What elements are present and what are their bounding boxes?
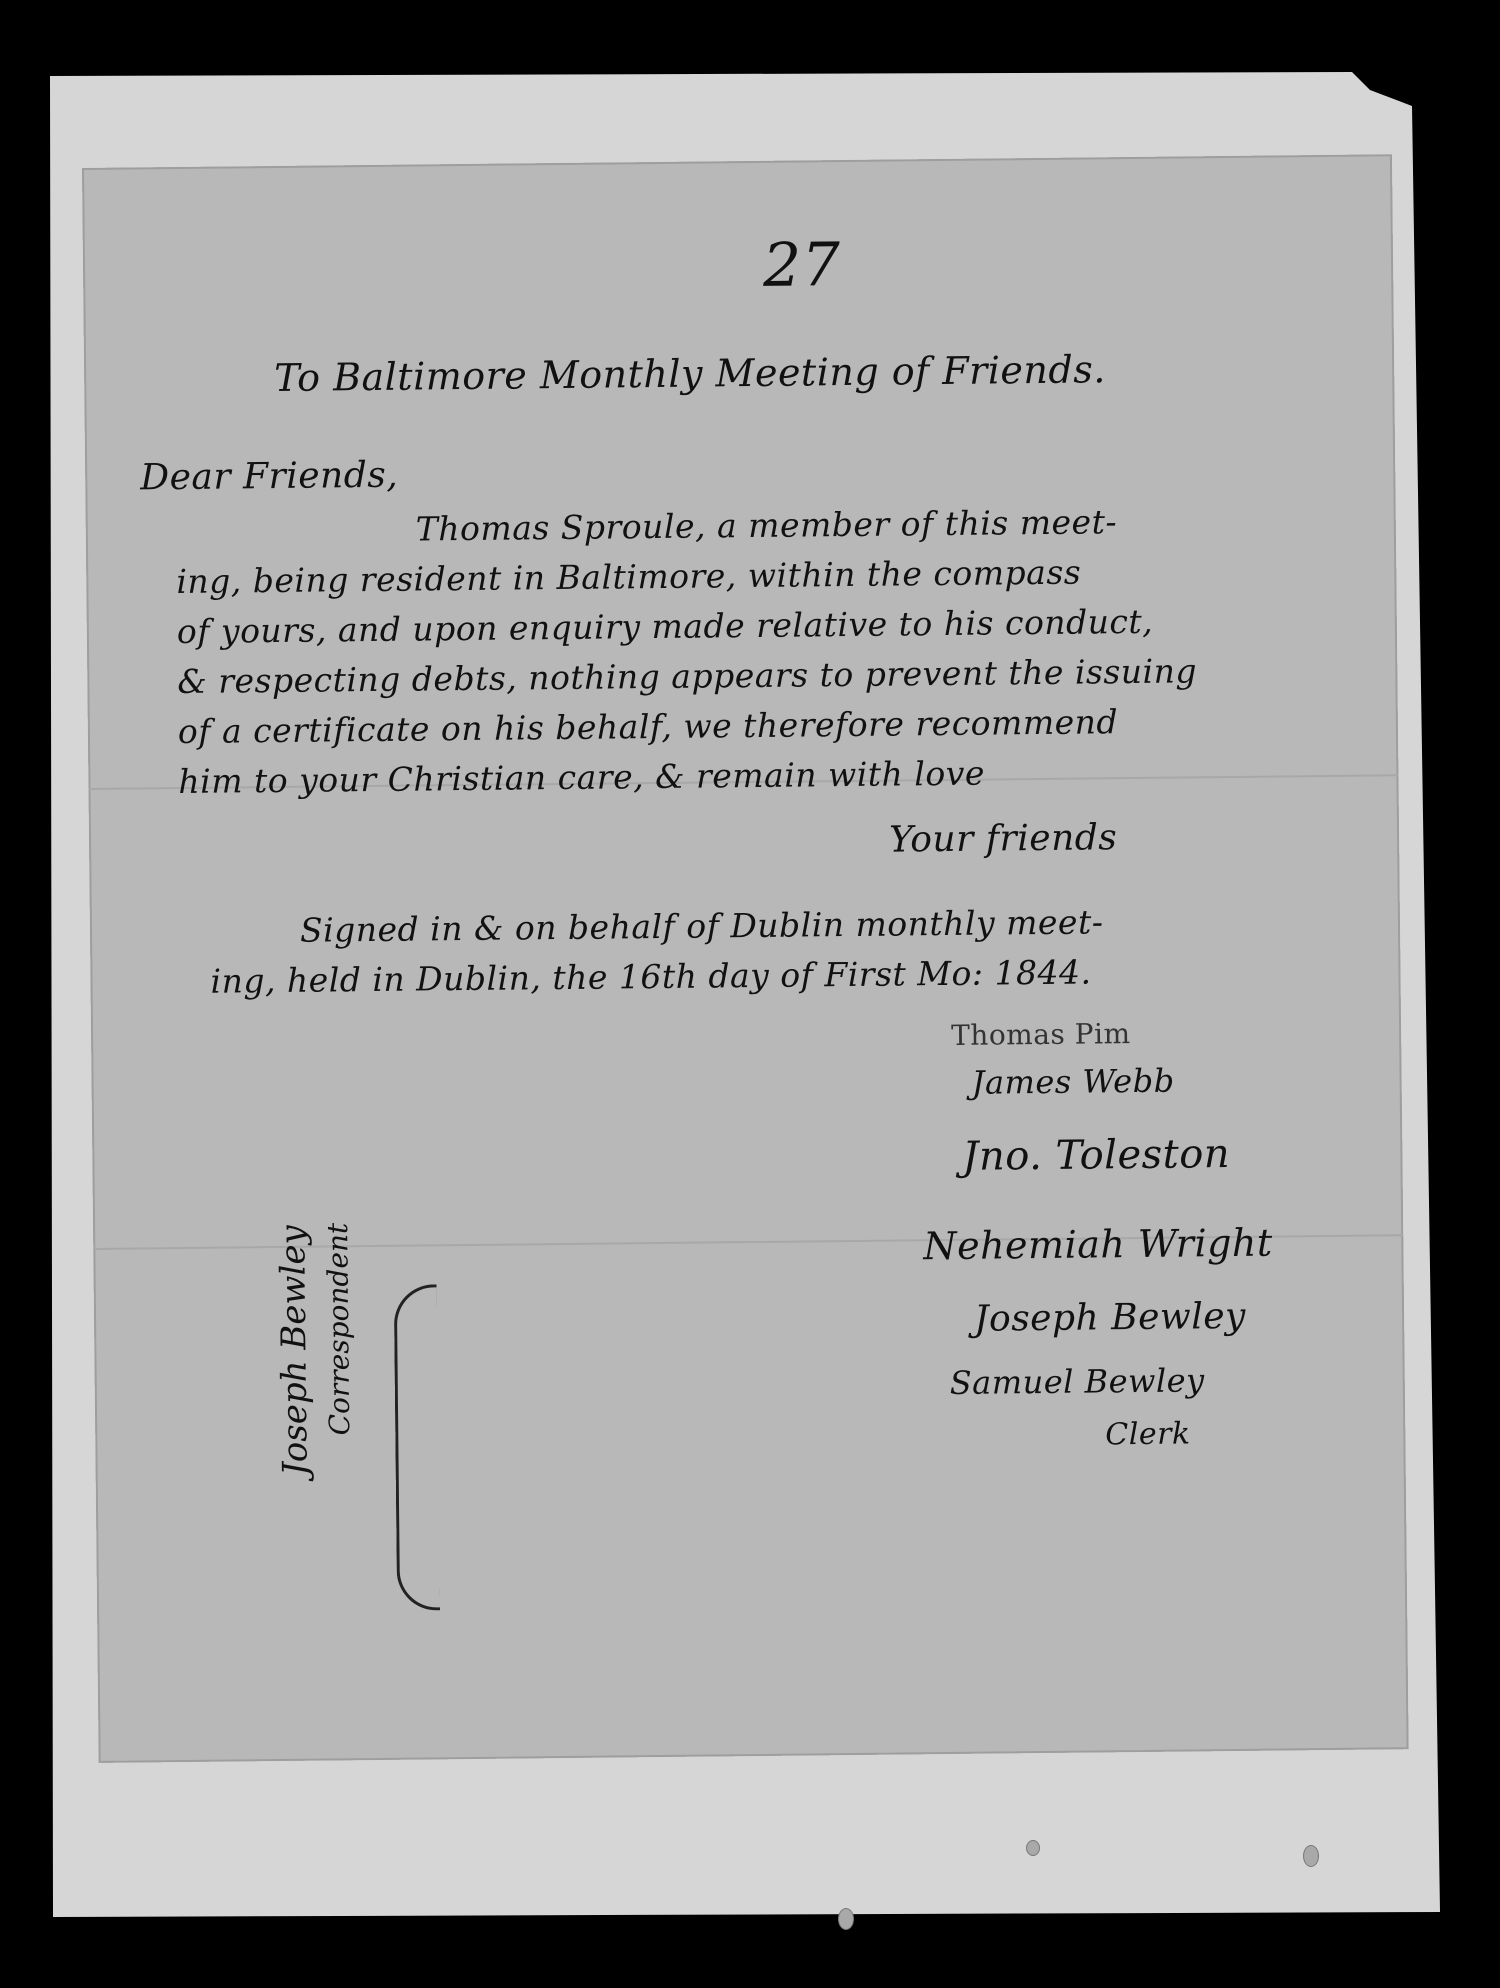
body-line: of yours, and upon enquiry made relative…	[177, 602, 1154, 651]
signature-title: Clerk	[1105, 1416, 1191, 1452]
body-line: him to your Christian care, & remain wit…	[178, 754, 985, 801]
signed-line: Signed in & on behalf of Dublin monthly …	[300, 902, 1104, 949]
punch-hole	[838, 1908, 854, 1930]
punch-hole	[1303, 1845, 1319, 1867]
side-note-name: Joseph Bewley	[273, 1223, 316, 1476]
brace-mark	[394, 1284, 440, 1610]
body-line: Thomas Sproule, a member of this meet-	[416, 502, 1118, 548]
signed-line: ing, held in Dublin, the 16th day of Fir…	[210, 952, 1091, 1000]
signature: Thomas Pim	[951, 1017, 1131, 1052]
body-line: of a certificate on his behalf, we there…	[178, 702, 1119, 751]
body-line: & respecting debts, nothing appears to p…	[177, 651, 1197, 701]
closing: Your friends	[889, 817, 1118, 860]
punch-hole	[1026, 1840, 1040, 1856]
signature: Jno. Toleston	[962, 1131, 1230, 1180]
signature: Nehemiah Wright	[923, 1221, 1273, 1269]
salutation: Dear Friends,	[140, 455, 398, 499]
signature: James Webb	[971, 1062, 1174, 1102]
signature: Joseph Bewley	[974, 1296, 1246, 1340]
address-line: To Baltimore Monthly Meeting of Friends.	[274, 347, 1106, 400]
signature: Samuel Bewley	[950, 1361, 1205, 1402]
body-line: ing, being resident in Baltimore, within…	[176, 553, 1081, 601]
side-note-role: Correspondent	[321, 1223, 356, 1436]
letter-sheet: 27 To Baltimore Monthly Meeting of Frien…	[82, 154, 1409, 1763]
side-note: Joseph Bewley Correspondent	[273, 1223, 357, 1476]
page-number: 27	[763, 230, 841, 301]
